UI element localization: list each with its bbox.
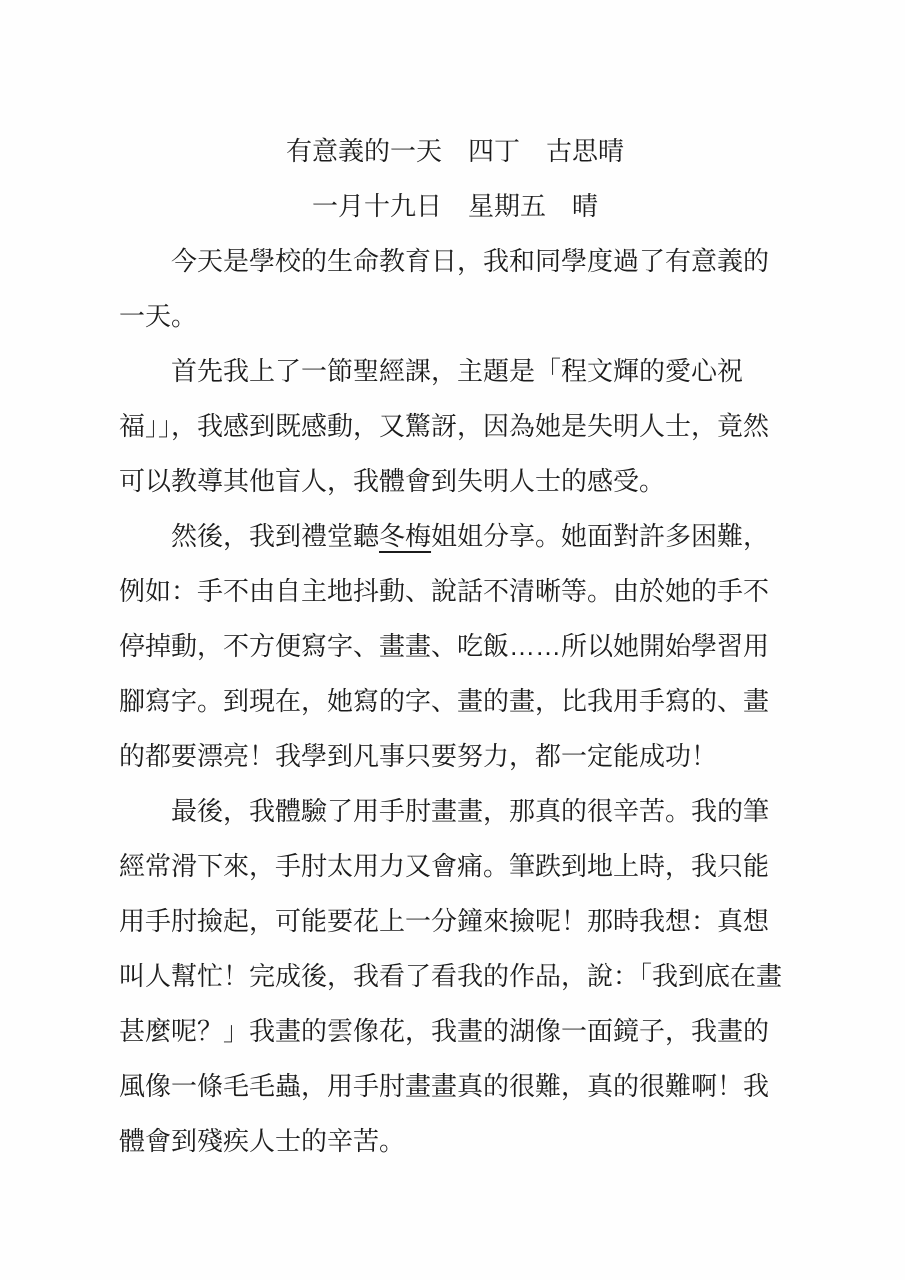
essay-body: 今天是學校的生命教育日，我和同學度過了有意義的一天。首先我上了一節聖經課，主題是… [119,234,791,1169]
document-content: 有意義的一天 四丁 古思晴 一月十九日 星期五 晴 今天是學校的生命教育日，我和… [119,0,791,1169]
essay-date-line: 一月十九日 星期五 晴 [119,179,791,234]
text-segment: 今天是學校的生命教育日，我和同學度過了有意義的一天。 [119,246,769,331]
text-segment: 最後，我體驗了用手肘畫畫，那真的很辛苦。我的筆經常滑下來，手肘太用力又會痛。筆跌… [119,796,782,1156]
essay-title: 有意義的一天 四丁 古思晴 [119,124,791,179]
text-segment: 首先我上了一節聖經課，主題是「程文輝的愛心祝福」」，我感到既感動，又驚訝，因為她… [119,356,769,496]
paragraph-3: 然後，我到禮堂聽冬梅姐姐分享。她面對許多困難，例如：手不由自主地抖動、說話不清晰… [119,509,791,784]
text-segment: 然後，我到禮堂聽 [171,521,379,551]
underlined-name: 冬梅 [379,521,431,551]
paragraph-4: 最後，我體驗了用手肘畫畫，那真的很辛苦。我的筆經常滑下來，手肘太用力又會痛。筆跌… [119,784,791,1169]
document-page: 有意義的一天 四丁 古思晴 一月十九日 星期五 晴 今天是學校的生命教育日，我和… [0,0,905,1280]
text-segment: 姐姐分享。她面對許多困難，例如：手不由自主地抖動、說話不清晰等。由於她的手不停掉… [119,521,769,771]
paragraph-1: 今天是學校的生命教育日，我和同學度過了有意義的一天。 [119,234,791,344]
paragraph-2: 首先我上了一節聖經課，主題是「程文輝的愛心祝福」」，我感到既感動，又驚訝，因為她… [119,344,791,509]
